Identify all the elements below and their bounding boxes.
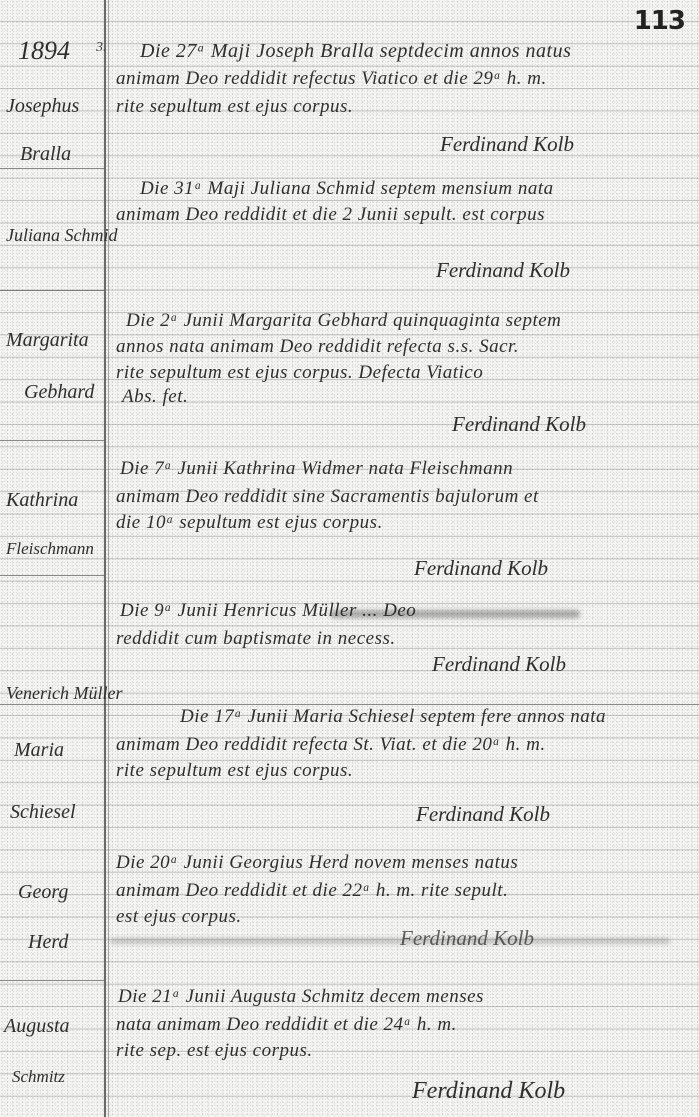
entry-line: rite sepultum est ejus corpus. Defecta V… [116, 362, 691, 384]
entry-line: rite sep. est ejus corpus. [116, 1040, 691, 1062]
register-page: 113 1894 3. Josephus Bralla Die 27ᵃ Maji… [0, 0, 699, 1117]
margin-name: Juliana Schmid [6, 226, 117, 244]
entry-line: Die 2ᵃ Junii Margarita Gebhard quinquagi… [126, 310, 691, 332]
margin-name: Schmitz [12, 1068, 108, 1085]
entry-line: die 10ᵃ sepultum est ejus corpus. [116, 512, 691, 534]
signature: Ferdinand Kolb [440, 132, 574, 157]
row-divider [0, 980, 104, 981]
row-divider [0, 168, 104, 169]
margin-name: Venerich Müller [6, 684, 122, 702]
entry-line: Die 17ᵃ Junii Maria Schiesel septem fere… [180, 706, 691, 728]
signature: Ferdinand Kolb [432, 652, 566, 677]
row-divider [0, 575, 104, 576]
margin-name: Margarita [6, 330, 102, 350]
entry-line: Die 20ᵃ Junii Georgius Herd novem menses… [116, 852, 691, 874]
margin-name: Josephus [6, 96, 102, 116]
margin-name: Maria [14, 740, 110, 760]
entry-line: animam Deo reddidit refecta St. Viat. et… [116, 734, 691, 756]
row-divider [0, 704, 699, 705]
row-divider [0, 440, 104, 441]
year-mark: 3. [96, 40, 107, 56]
year: 1894 [18, 36, 70, 66]
entry-line: Die 21ᵃ Junii Augusta Schmitz decem mens… [118, 986, 691, 1008]
margin-name: Augusta [4, 1016, 100, 1036]
signature: Ferdinand Kolb [436, 258, 570, 283]
entry-line: rite sepultum est ejus corpus. [116, 96, 691, 118]
entry-line: est ejus corpus. [116, 906, 691, 928]
margin-name: Fleischmann [6, 540, 102, 557]
entry-line: annos nata animam Deo reddidit refecta s… [116, 336, 691, 358]
entry-line: animam Deo reddidit refectus Viatico et … [116, 68, 691, 90]
entry-line: rite sepultum est ejus corpus. [116, 760, 691, 782]
signature: Ferdinand Kolb [412, 1078, 565, 1105]
signature: Ferdinand Kolb [400, 926, 534, 951]
margin-name: Kathrina [6, 490, 102, 510]
entry-line: animam Deo reddidit et die 22ᵃ h. m. rit… [116, 880, 691, 902]
margin-name: Georg [18, 882, 114, 902]
row-divider [0, 290, 104, 291]
entry-line: Abs. fet. [122, 386, 691, 408]
margin-name: Gebhard [24, 382, 120, 402]
entry-line: Die 7ᵃ Junii Kathrina Widmer nata Fleisc… [120, 458, 691, 480]
signature: Ferdinand Kolb [452, 412, 586, 437]
entry-line: animam Deo reddidit sine Sacramentis baj… [116, 486, 691, 508]
signature: Ferdinand Kolb [416, 802, 550, 827]
margin-name: Bralla [20, 144, 116, 164]
entry-line: nata animam Deo reddidit et die 24ᵃ h. m… [116, 1014, 691, 1036]
entry-line: Die 31ᵃ Maji Juliana Schmid septem mensi… [140, 178, 691, 200]
ink-smudge [110, 938, 670, 944]
entry-line: reddidit cum baptismate in necess. [116, 628, 691, 650]
ink-smudge [330, 610, 580, 618]
entry-line: Die 27ᵃ Maji Joseph Bralla septdecim ann… [140, 40, 691, 63]
page-number: 113 [634, 6, 685, 36]
margin-name: Schiesel [10, 802, 106, 822]
entry-line: animam Deo reddidit et die 2 Junii sepul… [116, 204, 691, 226]
signature: Ferdinand Kolb [414, 556, 548, 581]
